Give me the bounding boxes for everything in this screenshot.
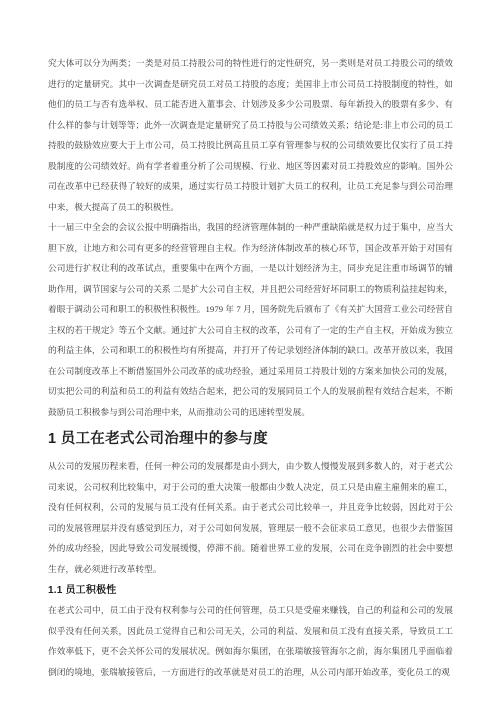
body-paragraph-1: 究大体可以分为两类；一类是对员工持股公司的特性进行的定性研究，另一类则是对员工持…	[48, 53, 453, 217]
body-paragraph-4: 在老式公司中，员工由于没有权利参与公司的任何管理，员工只是受雇来赚钱，自己的利益…	[48, 600, 453, 682]
body-paragraph-2: 十一届三中全会的会议公报中明确指出，我国的经济管理体制的一种严重缺陷就是权力过于…	[48, 217, 453, 422]
body-paragraph-3: 从公司的发展历程来看，任何一种公司的发展都是由小到大，由少数人慢慢发展到多数人的…	[48, 456, 453, 579]
subsection-heading: 1.1 员工积极性	[48, 583, 453, 598]
section-heading: 1 员工在老式公司治理中的参与度	[48, 429, 453, 449]
document-page: 究大体可以分为两类；一类是对员工持股公司的特性进行的定性研究，另一类则是对员工持…	[0, 0, 500, 707]
